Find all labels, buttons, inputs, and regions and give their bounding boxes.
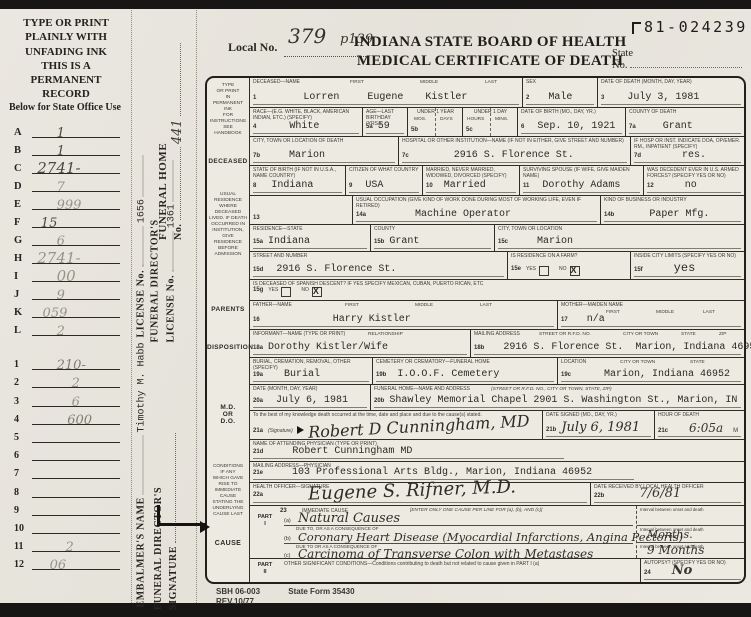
field-label: MAILING ADDRESS — [474, 331, 742, 337]
form-code: SBH 06-003 — [216, 587, 260, 596]
field-value-line: 5c — [466, 127, 514, 134]
line-label: A — [14, 127, 32, 138]
field-value: yes — [674, 261, 696, 275]
field-label: DECEASED—NAME — [253, 79, 520, 85]
field-value-line: 14bPaper Mfg. — [604, 209, 741, 222]
line-label: 3 — [14, 396, 32, 407]
embalmer-name-vertical: EMBALMER'S NAMETimothy M. Habb — [133, 343, 147, 608]
interval-c-value: 9 Months — [647, 543, 704, 557]
signature-label: SIGNATURE — [168, 546, 179, 610]
section-conditions: CONDITIONS IF ANY WHICH GAVE RISE TO IMM… — [208, 464, 248, 518]
line-label: 1 — [14, 359, 32, 370]
line-label: 4 — [14, 414, 32, 425]
state-form-number: State Form 35430 — [288, 587, 354, 596]
field-number: 22b — [594, 493, 604, 499]
office-line: B1 — [14, 138, 120, 156]
field-date-of-birth: DATE OF BIRTH (Mo., Day, Yr.) 6Sep. 10, … — [517, 108, 625, 136]
ruled-line — [32, 515, 120, 534]
field-number: 21b — [546, 427, 556, 433]
pointer-triangle-icon — [297, 426, 304, 434]
line-label: 5 — [14, 432, 32, 443]
field-value-line: 8Indiana — [253, 180, 342, 193]
director-line2: LICENSE No.1361 — [161, 158, 177, 343]
yes-checkbox — [539, 266, 549, 276]
state-no-block: State No. — [612, 48, 745, 71]
ruled-line — [32, 497, 120, 516]
field-value: USA — [365, 180, 383, 191]
office-line: 10 — [14, 516, 120, 534]
field-value: no — [685, 180, 697, 191]
ruled-line: 6 — [32, 227, 120, 246]
ruled-line: 999 — [32, 191, 120, 210]
office-line: 112 — [14, 534, 120, 552]
field-number: 15b — [374, 239, 384, 245]
field-value-line: 15g YES NO — [253, 287, 403, 298]
local-no-label: Local No. — [228, 40, 277, 55]
line-label: 10 — [14, 523, 32, 534]
ruled-line: 7 — [32, 173, 120, 192]
field-value: Grant — [663, 121, 693, 132]
field-number: 5a — [366, 124, 373, 130]
section-deceased: DECEASED — [207, 158, 249, 165]
field-residence-state: RESIDENCE—STATE 15aIndiana — [250, 225, 370, 251]
field-label: CITIZEN OF WHAT COUNTRY — [349, 167, 420, 173]
field-label: SURVIVING SPOUSE (If wife, give maiden n… — [523, 167, 641, 179]
office-line: 1206 — [14, 552, 120, 570]
field-label: DATE (MONTH, DAY, YEAR) — [253, 386, 368, 392]
interval-column: Interval between onset and death Interva… — [636, 506, 744, 558]
field-label: SEX — [526, 79, 595, 85]
hour-value: 6:05a — [689, 421, 723, 435]
field-label: HOSPITAL OR OTHER INSTITUTION—Name (if n… — [402, 138, 628, 144]
line-label: 2 — [14, 377, 32, 388]
field-label: MARRIED, NEVER MARRIED, WIDOWED, DIVORCE… — [426, 167, 517, 179]
field-value-line: 5b — [411, 127, 459, 134]
office-line: K059 — [14, 300, 120, 318]
field-number: 5b — [411, 127, 418, 133]
state-office-number-lines: 1210- 22 36 4600 5 6 7 8 9 10 112 1206 — [14, 352, 120, 570]
field-value: 2916 S. Florence St. — [503, 342, 623, 353]
embalmer-line: EMBALMER'S NAMETimothy M. Habb — [131, 343, 147, 608]
yes-label: YES — [268, 287, 278, 293]
dotted-leader — [131, 436, 143, 495]
interval-label: Interval between onset and death — [640, 507, 742, 512]
field-industry: KIND OF BUSINESS OR INDUSTRY 14bPaper Mf… — [600, 196, 744, 224]
field-value-line: 15e YES NO — [511, 266, 627, 277]
field-label: STREET AND NUMBER — [253, 253, 505, 259]
field-value-line: 11Dorothy Adams — [523, 180, 640, 193]
field-value-line: 7aGrant — [629, 121, 741, 134]
field-value: Paper Mfg. — [649, 209, 709, 220]
state-office-use-title: Below for State Office Use — [2, 102, 128, 113]
field-value: Indiana — [268, 236, 310, 247]
field-value: White — [289, 121, 319, 132]
ruled-line — [32, 424, 120, 443]
field-label: CITY, TOWN OR LOCATION — [498, 226, 742, 232]
field-mother-maiden-name: MOTHER—MAIDEN NAME FIRST MIDDLE LAST 17n… — [557, 301, 744, 329]
field-informant: INFORMANT—NAME (Type or print) RELATIONS… — [250, 330, 470, 357]
field-number: 22a — [253, 492, 263, 498]
col-middle: MIDDLE — [415, 303, 433, 308]
field-surviving-spouse: SURVIVING SPOUSE (If wife, give maiden n… — [519, 166, 643, 195]
field-value: Machine Operator — [415, 209, 511, 220]
field-informant-address: MAILING ADDRESS STREET OR R.F.D. NO. CIT… — [470, 330, 744, 357]
row-residence: RESIDENCE—STATE 15aIndiana COUNTY 15bGra… — [250, 224, 744, 251]
field-value: 59 — [378, 121, 390, 132]
signature-label: (Signature) — [268, 428, 293, 434]
field-residence-on-farm: IS RESIDENCE ON A FARM? 15e YES NO — [507, 252, 630, 279]
field-number: 15g — [253, 287, 263, 293]
field-number: 13 — [253, 215, 260, 221]
ruled-line: 1 — [32, 119, 120, 138]
typeprint-instructions: TYPE OR PRINT IN PERMANENT INK FOR INSTR… — [208, 83, 248, 137]
field-number: 1 — [253, 95, 256, 101]
field-date-signed: DATE SIGNED (Mo., Day, Yr.) 21bJuly 6, 1… — [542, 411, 654, 439]
field-date-received: DATE RECEIVED BY LOCAL HEALTH OFFICER 22… — [590, 483, 744, 505]
field-value: 2916 S. Florence St. — [454, 150, 574, 161]
local-no-value: 379 — [288, 24, 326, 48]
field-value-line: 14aMachine Operator — [356, 209, 597, 222]
field-number: 19a — [253, 372, 263, 378]
field-number: 3 — [601, 95, 604, 101]
field-disposition-type: BURIAL, CREMATION, REMOVAL, OTHER (Speci… — [250, 358, 372, 384]
field-value-line: 5a59 — [366, 121, 404, 134]
row-funeral-home: DATE (MONTH, DAY, YEAR) 20aJuly 6, 1981 … — [250, 384, 744, 410]
field-disposition-date: DATE (MONTH, DAY, YEAR) 20aJuly 6, 1981 — [250, 385, 370, 410]
row-cause-of-death: PART I 23 IMMEDIATE CAUSE [ENTER ONLY ON… — [250, 505, 744, 558]
field-number: 15e — [511, 266, 521, 272]
field-number: 7d — [634, 153, 641, 159]
field-value-line: 7c2916 S. Florence St. — [402, 150, 627, 163]
field-under-1-year: UNDER 1 YEAR MOS. DAYS 5b — [407, 108, 462, 136]
revision-date: REV.10/77 — [216, 597, 355, 606]
ruled-line: 2741- — [32, 155, 120, 174]
field-street-number: STREET AND NUMBER 15d2916 S. Florence St… — [250, 252, 507, 279]
field-value: Grant — [389, 236, 419, 247]
field-number: 19b — [376, 372, 386, 378]
field-number: 15f — [634, 267, 643, 273]
field-number: 2 — [526, 95, 529, 101]
field-value2: Marion, Indiana 46952 — [635, 342, 751, 353]
line-label: D — [14, 181, 32, 192]
col-city: CITY OR TOWN — [620, 360, 655, 365]
field-certifier-signature: To the best of my knowledge death occurr… — [250, 411, 542, 439]
field-citizen-of: CITIZEN OF WHAT COUNTRY 9USA — [345, 166, 422, 195]
line-label: B — [14, 145, 32, 156]
field-county-of-death: COUNTY OF DEATH 7aGrant — [625, 108, 744, 136]
field-label: RESIDENCE—STATE — [253, 226, 368, 232]
field-label: CEMETERY OR CREMATORY—FUNERAL HOME — [376, 359, 555, 365]
field-label: MOTHER—MAIDEN NAME — [561, 302, 742, 308]
row-occupation: 13 USUAL OCCUPATION (Give kind of work d… — [250, 195, 744, 224]
line-label: C — [14, 163, 32, 174]
field-date-of-death: DATE OF DEATH (MONTH, DAY, YEAR) 3July 3… — [597, 78, 744, 107]
interval-c: Interval between onset and death 9 Month… — [637, 542, 744, 558]
section-usual-residence: USUAL RESIDENCE WHERE DECEASED LIVED. IF… — [208, 192, 248, 258]
col-middle: MIDDLE — [420, 80, 438, 85]
dotted-leader — [131, 226, 143, 267]
office-line: 7 — [14, 461, 120, 479]
field-value: res. — [682, 150, 706, 161]
office-line: 1210- — [14, 352, 120, 370]
field-label: KIND OF BUSINESS OR INDUSTRY — [604, 197, 742, 203]
field-value: Shawley Memorial Chapel 2901 S. Washingt… — [389, 395, 737, 406]
no-checkbox-checked — [570, 266, 580, 276]
field-value-line: 15bGrant — [374, 236, 491, 249]
funeral-director-label: FUNERAL DIRECTOR'S — [150, 219, 161, 342]
field-value: Married — [444, 180, 486, 191]
line-label: F — [14, 217, 32, 228]
no-label: NO — [301, 287, 309, 293]
certificate-title: INDIANA STATE BOARD OF HEALTH MEDICAL CE… — [340, 33, 640, 71]
field-label: DATE OF BIRTH (Mo., Day, Yr.) — [521, 109, 623, 115]
field-value-line: 22b7/6/81 — [594, 486, 741, 503]
field-label: IS RESIDENCE ON A FARM? — [511, 253, 628, 259]
office-line: H2741- — [14, 246, 120, 264]
license-line: LICENSE No.1656 — [131, 153, 147, 338]
field-value: Dorothy Kistler/Wife — [268, 342, 388, 353]
office-line: J9 — [14, 282, 120, 300]
section-parents: PARENTS — [207, 306, 249, 313]
cause-line-a: (a) Natural Causes — [284, 506, 633, 526]
dotted-leader — [169, 43, 181, 116]
col-days: DAYS — [440, 117, 453, 122]
col-first: FIRST — [350, 80, 364, 85]
section-cause: CAUSE — [207, 540, 249, 547]
cause-a-value: Natural Causes — [298, 511, 400, 526]
field-residence-county: COUNTY 15bGrant — [370, 225, 494, 251]
field-value-line: 17n/a — [561, 314, 741, 327]
row-health-officer: HEALTH OFFICER—SIGNATURE 22aEugene S. Ri… — [250, 482, 744, 505]
field-cemetery: CEMETERY OR CREMATORY—FUNERAL HOME 19bI.… — [372, 358, 557, 384]
funeral-director-license-vertical: FUNERAL DIRECTOR'S LICENSE No.1361 — [151, 158, 177, 343]
field-value-line: 16Harry Kistler — [253, 314, 554, 327]
field-number: 24 — [644, 570, 651, 576]
dotted-leader — [630, 60, 742, 68]
field-value-line: 21dRobert Cunningham MD — [253, 446, 564, 459]
field-number: 4 — [253, 124, 256, 130]
field-label: HOUR OF DEATH — [658, 412, 742, 418]
dotted-leader — [131, 156, 143, 197]
line-label: G — [14, 235, 32, 246]
date-signed-handwritten: July 6, 1981 — [561, 420, 640, 435]
field-city-of-death: CITY, TOWN OR LOCATION OF DEATH 7bMarion — [250, 137, 398, 165]
col-city: CITY OR TOWN — [623, 332, 658, 337]
row-part2-autopsy: PART II OTHER SIGNIFICANT CONDITIONS—Con… — [250, 558, 744, 582]
row-street-farm: STREET AND NUMBER 15d2916 S. Florence St… — [250, 251, 744, 279]
field-label: RACE—(e.g. White, Black, American Indian… — [253, 109, 360, 121]
line-label: 6 — [14, 450, 32, 461]
field-label: IF HOSP OR INST. indicate DOA, OP/Emer. … — [634, 138, 742, 150]
ruled-line: 6 — [32, 387, 120, 406]
col-street: STREET OR R.F.D. NO. — [539, 332, 591, 337]
ruled-line: 1 — [32, 137, 120, 156]
field-armed-forces: WAS DECEDENT EVER IN U.S. ARMED FORCES? … — [643, 166, 744, 195]
field-13: 13 — [250, 196, 352, 224]
field-value-line: 19aBurial — [253, 369, 369, 382]
field-value-line: 7dres. — [634, 150, 741, 163]
field-number: 5c — [466, 127, 473, 133]
office-line: F15 — [14, 210, 120, 228]
field-value: Robert Cunningham MD — [292, 446, 412, 457]
tag-a: (a) — [284, 518, 291, 524]
field-number: 17 — [561, 317, 568, 323]
field-value-line: 24No — [644, 563, 741, 580]
field-value-line: 13 — [253, 215, 349, 222]
line-label: L — [14, 325, 32, 336]
office-line: I00 — [14, 264, 120, 282]
field-label: COUNTY — [374, 226, 492, 232]
field-sex: SEX 2Male — [522, 78, 597, 107]
license-no-vertical: LICENSE No.1656 — [133, 153, 147, 338]
row-disposition: BURIAL, CREMATION, REMOVAL, OTHER (Speci… — [250, 357, 744, 384]
col-hours: HOURS — [467, 117, 484, 122]
field-marital-status: MARRIED, NEVER MARRIED, WIDOWED, DIVORCE… — [422, 166, 519, 195]
section-disposition: DISPOSITION — [207, 344, 249, 351]
field-number: 9 — [349, 183, 352, 189]
field-value-line: 21c6:05aM — [658, 421, 741, 437]
line-label: K — [14, 307, 32, 318]
field-value: July 3, 1981 — [627, 92, 699, 103]
field-number: 8 — [253, 183, 256, 189]
field-label: DATE SIGNED (Mo., Day, Yr.) — [546, 412, 652, 418]
handwritten-value: 06 — [50, 558, 67, 573]
interval-b: Interval between onset and death Months. — [637, 525, 744, 542]
section-md-do: M.D. OR D.O. — [207, 404, 249, 425]
field-label: DATE OF DEATH (MONTH, DAY, YEAR) — [601, 79, 742, 85]
field-number: 14a — [356, 212, 366, 218]
col-last: LAST — [480, 303, 492, 308]
field-under-1-day: UNDER 1 DAY HOURS MINS. 5c — [462, 108, 517, 136]
office-line: E999 — [14, 192, 120, 210]
field-label: STATE OF BIRTH (If not in U.S.A., name c… — [253, 167, 343, 179]
field-value-line: 15fyes — [634, 261, 741, 277]
office-line: L2 — [14, 318, 120, 336]
field-value: n/a — [587, 314, 605, 325]
field-number: 16 — [253, 317, 260, 323]
ruled-line — [32, 442, 120, 461]
line-label: 7 — [14, 468, 32, 479]
row-attending-physician: NAME OF ATTENDING PHYSICIAN (Type or Pri… — [250, 439, 744, 461]
line-label: J — [14, 289, 32, 300]
line-label: 9 — [14, 505, 32, 516]
field-number: 12 — [647, 183, 654, 189]
field-value-line: 20aJuly 6, 1981 — [253, 395, 367, 408]
license-number: 1656 — [137, 199, 148, 223]
col-zip: ZIP — [719, 332, 726, 337]
office-line: 22 — [14, 370, 120, 388]
field-race: RACE—(e.g. White, Black, American Indian… — [250, 108, 362, 136]
office-line: 9 — [14, 498, 120, 516]
field-value: Marion — [537, 236, 573, 247]
section-label-gutter: TYPE OR PRINT IN PERMANENT INK FOR INSTR… — [207, 78, 249, 582]
field-value: Male — [548, 92, 572, 103]
line-label: I — [14, 271, 32, 282]
ruled-line: 06 — [32, 551, 120, 570]
title-line1: INDIANA STATE BOARD OF HEALTH — [340, 33, 640, 52]
field-autopsy: AUTOPSY? (Specify Yes or No) 24No — [640, 559, 744, 582]
line-label: E — [14, 199, 32, 210]
line-label: 8 — [14, 487, 32, 498]
field-value-line: 2Male — [526, 92, 594, 105]
row-certifier: To the best of my knowledge death occurr… — [250, 410, 744, 439]
interval-b-value: Months. — [647, 528, 693, 541]
field-number: 6 — [521, 124, 524, 130]
field-value-line: 19cMarion, Indiana 46952 — [561, 369, 741, 382]
field-number: 15a — [253, 239, 263, 245]
field-number: 20b — [374, 398, 384, 404]
field-spanish-descent: IS DECEASED OF SPANISH DESCENT? IF YES S… — [250, 280, 744, 300]
ruled-line: 9 — [32, 281, 120, 300]
row-spanish-descent: IS DECEASED OF SPANISH DESCENT? IF YES S… — [250, 279, 744, 300]
ruled-line: 2 — [32, 369, 120, 388]
cause-pointer-arrow — [157, 505, 206, 526]
field-hour-of-death: HOUR OF DEATH 21c6:05aM — [654, 411, 744, 439]
license-label: LICENSE No. — [136, 270, 147, 338]
field-state-of-birth: STATE OF BIRTH (If not in U.S.A., name c… — [250, 166, 345, 195]
field-number: 15c — [498, 239, 508, 245]
field-value-line: 12no — [647, 180, 741, 193]
field-number: 15d — [253, 267, 263, 273]
field-deceased-name: DECEASED—NAME FIRST MIDDLE LAST 1 Lorren… — [250, 78, 522, 107]
first-name: Lorren — [303, 92, 339, 103]
field-funeral-home: FUNERAL HOME—NAME AND ADDRESS (STREET OR… — [370, 385, 744, 410]
field-value-line: 21a (Signature) Robert D Cunningham, MD — [253, 423, 539, 437]
no-checkbox-checked — [312, 287, 322, 297]
field-number: 10 — [426, 183, 433, 189]
line-label: H — [14, 253, 32, 264]
office-line: 5 — [14, 425, 120, 443]
field-hospital-institution: HOSPITAL OR OTHER INSTITUTION—Name (if n… — [398, 137, 630, 165]
tag-b: (b) — [284, 536, 291, 542]
field-value: Marion — [289, 150, 325, 161]
license-label: LICENSE No. — [165, 275, 176, 343]
field-value: 103 Professional Arts Bldg., Marion, Ind… — [292, 467, 592, 478]
field-value: I.O.O.F. Cemetery — [397, 369, 499, 380]
office-line: A1 — [14, 120, 120, 138]
handwritten-value: 2 — [57, 324, 65, 339]
middle-name: Eugene — [367, 92, 403, 103]
license-number: 1361 — [166, 204, 177, 228]
field-value-line: 22aEugene S. Rifner, M.D. — [253, 488, 587, 503]
part2-section: PART II OTHER SIGNIFICANT CONDITIONS—Con… — [250, 559, 640, 582]
field-value: 2916 S. Florence St. — [276, 264, 396, 275]
office-line: 4600 — [14, 407, 120, 425]
part2-label: PART II — [253, 562, 277, 576]
field-inside-city-limits: INSIDE CITY LIMITS (SPECIFY YES OR NO) 1… — [630, 252, 744, 279]
field-value-line: 1 Lorren Eugene Kistler — [253, 92, 519, 105]
field-hosp-status: IF HOSP OR INST. indicate DOA, OP/Emer. … — [630, 137, 744, 165]
field-label: INSIDE CITY LIMITS (SPECIFY YES OR NO) — [634, 253, 742, 259]
col-state: STATE — [690, 360, 705, 365]
ruled-line: 210- — [32, 351, 120, 370]
field-value-line: 18b2916 S. Florence St.Marion, Indiana 4… — [474, 342, 741, 355]
dotted-leader — [161, 231, 173, 272]
field-number: 18b — [474, 345, 484, 351]
autopsy-value: No — [672, 563, 693, 578]
interval-a: Interval between onset and death — [637, 506, 744, 525]
state-office-letter-lines: A1 B1 C2741- D7 E999 F15 G6 H2741- I00 J… — [14, 120, 120, 336]
field-number: 21c — [658, 428, 668, 434]
embalmer-label: EMBALMER'S NAME — [136, 497, 147, 607]
field-health-officer: HEALTH OFFICER—SIGNATURE 22aEugene S. Ri… — [250, 483, 590, 505]
field-value-line: 19bI.O.O.F. Cemetery — [376, 369, 554, 382]
col-mins: MINS. — [495, 117, 508, 122]
col-last: LAST — [485, 80, 497, 85]
office-line: C2741- — [14, 156, 120, 174]
ruled-line: 00 — [32, 263, 120, 282]
field-usual-occupation: USUAL OCCUPATION (Give kind of work done… — [352, 196, 600, 224]
